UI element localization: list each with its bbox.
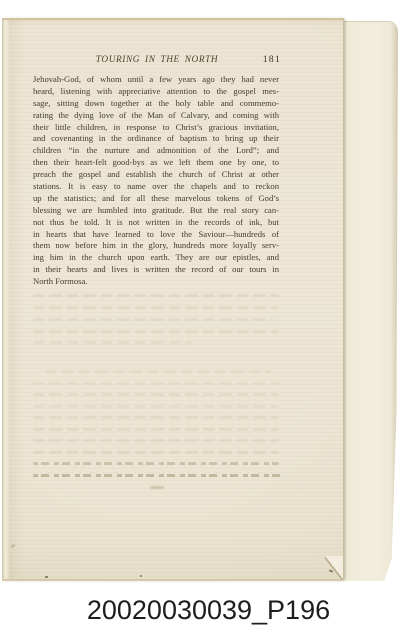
book-page: TOURING IN THE NORTH 181 Jehovah-God, of… — [2, 18, 344, 581]
body-text-line: heard, listening with appreciative atten… — [33, 86, 279, 98]
book-scan-photo: TOURING IN THE NORTH 181 Jehovah-God, of… — [0, 0, 417, 640]
body-text-line: their little children, in response to Ch… — [33, 122, 279, 134]
body-text-line: and covenanting in the ordinance of bapt… — [33, 133, 279, 145]
body-text-line: then their heart-felt good-bys as we lef… — [33, 157, 279, 169]
body-text-line: rating the dying love of the Man of Calv… — [33, 110, 279, 122]
body-text-line: them now before him in the glory, hundre… — [33, 240, 279, 252]
body-text-line: ing him in the church upon earth. They a… — [33, 252, 279, 264]
body-text-paragraph: Jehovah-God, of whom until a few years a… — [33, 74, 279, 288]
paper-speck — [140, 575, 142, 577]
body-text-line: not thus be told. It is not written in t… — [33, 217, 279, 229]
body-text-line: up the statistics; and for all these mar… — [33, 193, 279, 205]
body-text-line: Jehovah-God, of whom until a few years a… — [33, 74, 279, 86]
running-title: TOURING IN THE NORTH — [33, 55, 281, 65]
body-text-line: in hearts that have learned to love the … — [33, 229, 279, 241]
paper-speck — [45, 576, 48, 578]
underlying-page-edge — [335, 21, 398, 581]
page-header: TOURING IN THE NORTH 181 — [33, 55, 281, 67]
body-text-line: sage, sitting down together at the holy … — [33, 98, 279, 110]
corner-fold-crease — [325, 556, 343, 579]
page-number: 181 — [263, 55, 281, 65]
body-text-line: blessing we are humbled into gratitude. … — [33, 205, 279, 217]
body-text-line: North Formosa. — [33, 276, 279, 288]
body-text-line: in their hearts and lives is written the… — [33, 264, 279, 276]
body-text-line: stations. It is easy to name over the ch… — [33, 181, 279, 193]
body-text-line: children “in the nurture and admonition … — [33, 145, 279, 157]
body-text-line: preach the gospel and establish the chur… — [33, 169, 279, 181]
catalog-number-label: 20020030039_P196 — [0, 596, 417, 624]
binding-gutter-shadow — [2, 20, 24, 579]
